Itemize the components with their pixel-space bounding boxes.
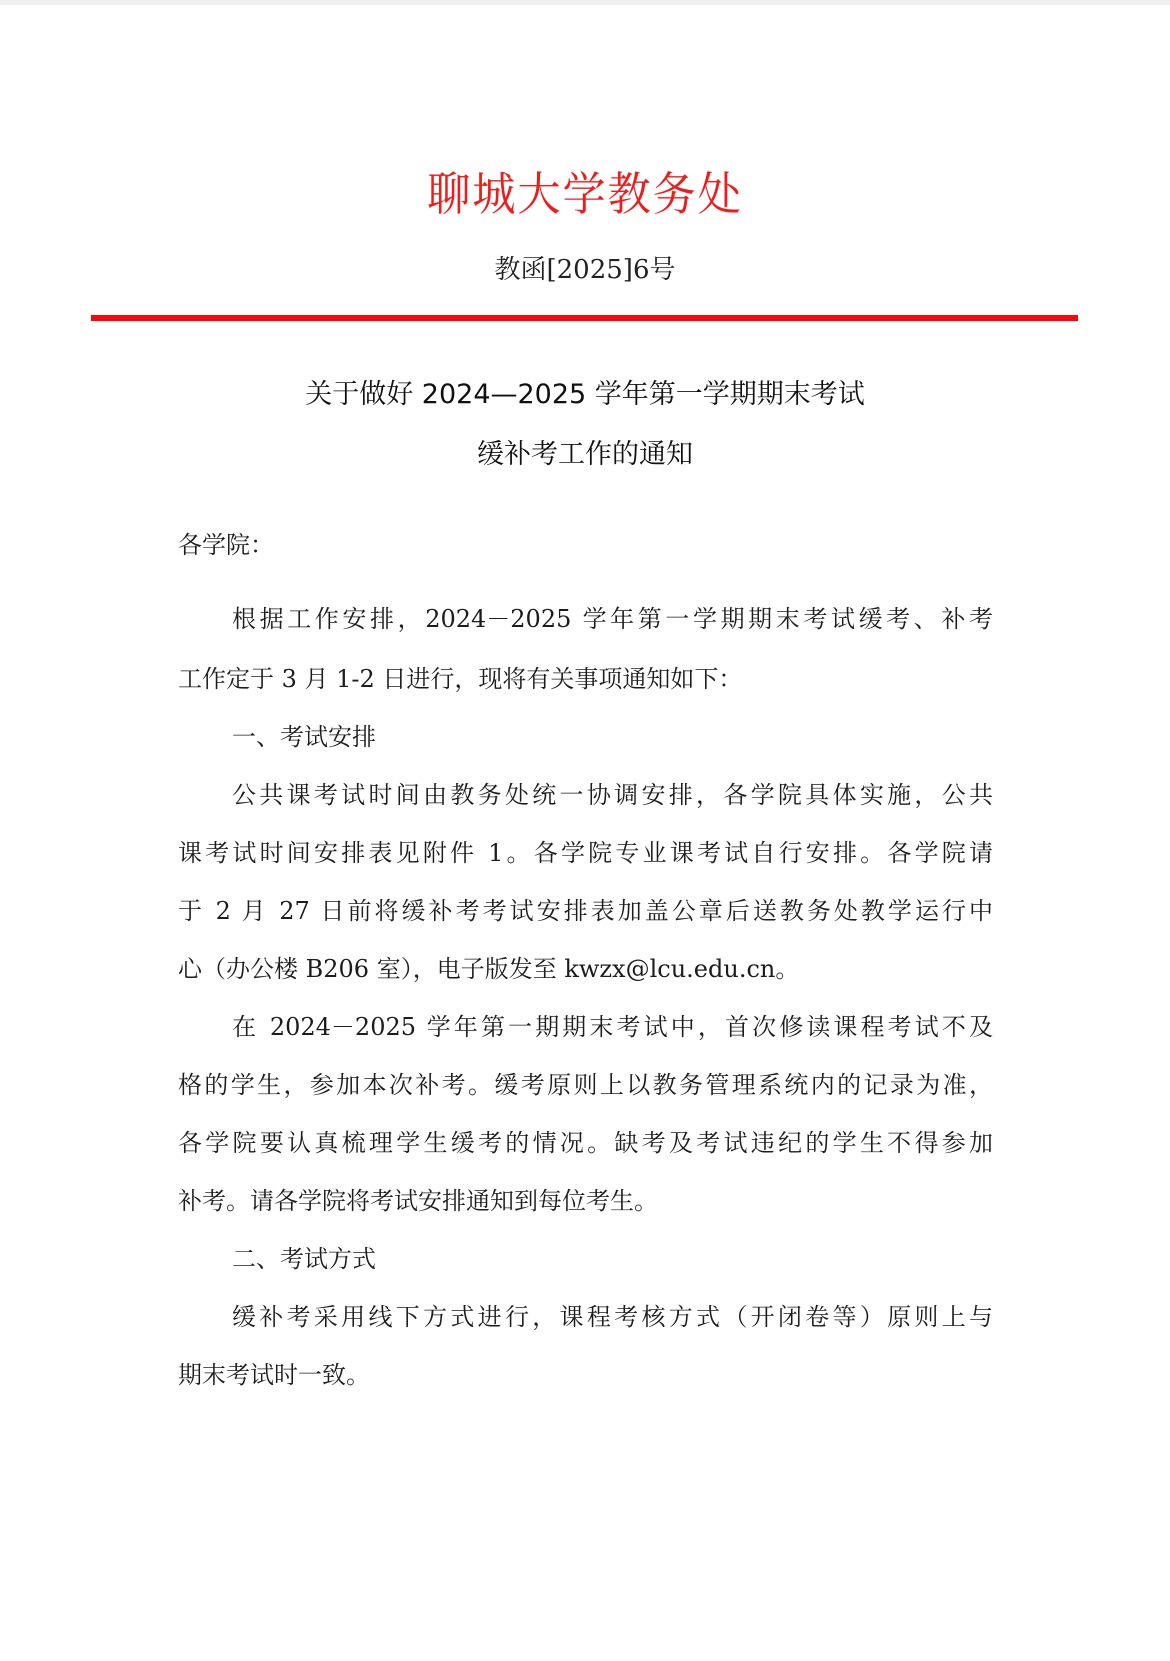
section-2-para-1-line-2: 期末考试时一致。: [178, 1358, 993, 1392]
subject-title-line-2: 缓补考工作的通知: [0, 435, 1170, 475]
section-1-para-2-line-1: 在 2024－2025 学年第一期期末考试中，首次修读课程考试不及: [232, 1010, 993, 1044]
section-1-para-2-line-2: 格的学生，参加本次补考。缓考原则上以教务管理系统内的记录为准，: [178, 1068, 993, 1102]
salutation: 各学院：: [178, 528, 993, 562]
document-number: 教函[2025]6号: [0, 252, 1170, 288]
section-1-para-1-line-4: 心（办公楼 B206 室），电子版发至 kwzx@lcu.edu.cn。: [178, 952, 993, 986]
subject-title-line-1: 关于做好 2024—2025 学年第一学期期末考试: [0, 375, 1170, 415]
top-bar: [0, 0, 1170, 5]
intro-line-2: 工作定于 3 月 1-2 日进行，现将有关事项通知如下：: [178, 662, 993, 696]
section-1-para-1-line-1: 公共课考试时间由教务处统一协调安排，各学院具体实施，公共: [232, 778, 993, 812]
section-1-para-2-line-4: 补考。请各学院将考试安排通知到每位考生。: [178, 1184, 993, 1218]
intro-line-1: 根据工作安排，2024－2025 学年第一学期期末考试缓考、补考: [232, 602, 993, 636]
section-2-para-1-line-1: 缓补考采用线下方式进行，课程考核方式（开闭卷等）原则上与: [232, 1300, 993, 1334]
red-header-rule: [91, 315, 1078, 321]
section-1-para-1-line-2: 课考试时间安排表见附件 1。各学院专业课考试自行安排。各学院请: [178, 836, 993, 870]
section-1-para-1-line-3: 于 2 月 27 日前将缓补考考试安排表加盖公章后送教务处教学运行中: [178, 894, 993, 928]
section-1-para-2-line-3: 各学院要认真梳理学生缓考的情况。缺考及考试违纪的学生不得参加: [178, 1126, 993, 1160]
organization-title: 聊城大学教务处: [35, 162, 1135, 226]
section-heading-1: 一、考试安排: [232, 720, 993, 754]
section-heading-2: 二、考试方式: [232, 1242, 993, 1276]
